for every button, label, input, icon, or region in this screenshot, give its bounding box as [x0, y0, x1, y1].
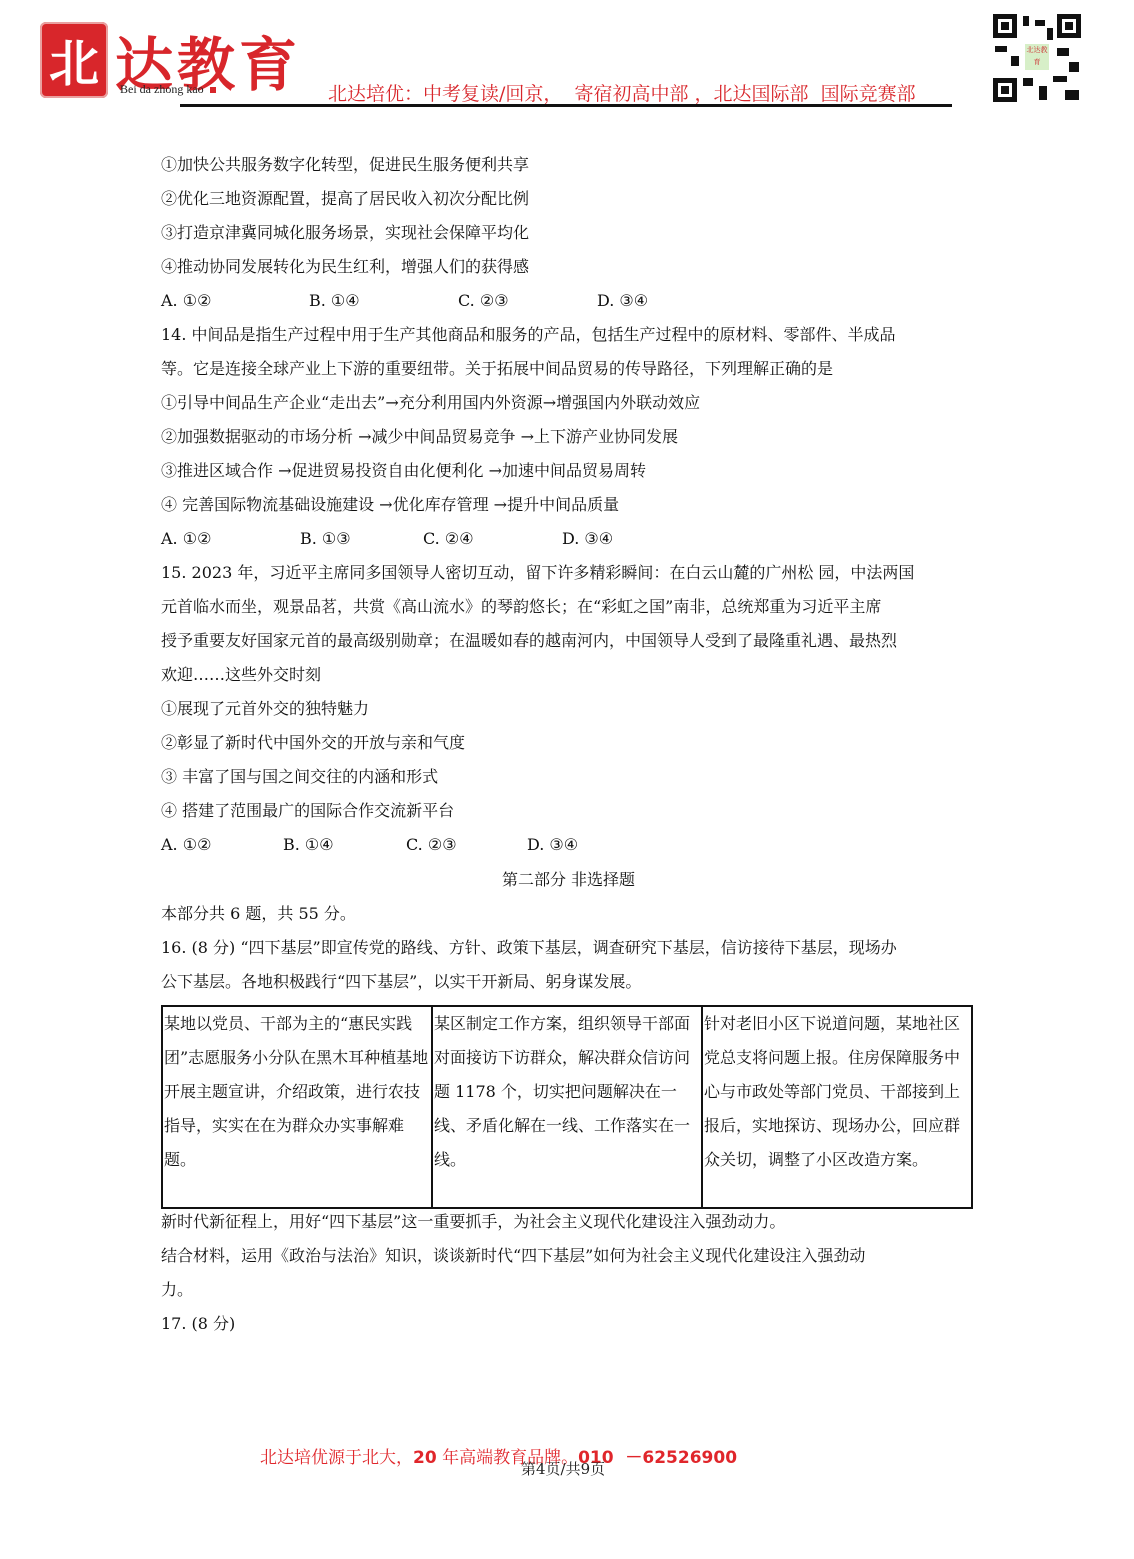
q16-prompt: 结合材料，运用《政治与法治》知识，谈谈新时代“四下基层”如何为社会主义现代化建设…	[161, 1246, 865, 1266]
choice-a: A. ①②	[161, 529, 211, 548]
q14-statement: ③推进区域合作 →促进贸易投资自由化便利化 →加速中间品贸易周转	[161, 461, 646, 481]
q14-stem: 等。它是连接全球产业上下游的重要纽带。关于拓展中间品贸易的传导路径，下列理解正确…	[161, 359, 833, 379]
q14-statement: ④ 完善国际物流基础设施建设 →优化库存管理 →提升中间品质量	[161, 495, 619, 515]
logo-square-icon	[210, 87, 216, 93]
q13-statement: ②优化三地资源配置，提高了居民收入初次分配比例	[161, 189, 529, 209]
choice-b: B. ①④	[309, 291, 360, 310]
q15-stem: 欢迎……这些外交时刻	[161, 665, 321, 685]
choice-d: D. ③④	[562, 529, 613, 548]
page-indicator: 第4页/共9页	[521, 1458, 605, 1479]
table-row: 某地以党员、干部为主的“惠民实践团”志愿服务小分队在黑木耳种植基地开展主题宣讲，…	[162, 1006, 972, 1208]
q17-stem: 17. (8 分)	[161, 1314, 235, 1334]
q16-prompt: 力。	[161, 1280, 193, 1300]
q13-statement: ①加快公共服务数字化转型，促进民生服务便利共享	[161, 155, 529, 175]
choice-d: D. ③④	[597, 291, 648, 310]
qr-code-icon: 北达教育	[993, 14, 1081, 102]
header-slogan: 北达培优：中考复读/回京， 寄宿初高中部 ，北达国际部 国际竞赛部	[328, 79, 916, 106]
section-intro: 本部分共 6 题，共 55 分。	[161, 904, 356, 924]
logo-subtitle: Bei da zhong kao	[120, 82, 216, 97]
q16-stem: 16. (8 分) “四下基层”即宣传党的路线、方针、政策下基层，调查研究下基层…	[161, 938, 897, 958]
choice-c: C. ②③	[406, 835, 457, 854]
table-cell: 某地以党员、干部为主的“惠民实践团”志愿服务小分队在黑木耳种植基地开展主题宣讲，…	[162, 1006, 432, 1208]
choice-a: A. ①②	[161, 835, 211, 854]
choice-b: B. ①③	[300, 529, 351, 548]
q13-statement: ④推动协同发展转化为民生红利，增强人们的获得感	[161, 257, 529, 277]
logo-subtitle-text: Bei da zhong kao	[120, 82, 204, 96]
footer-advert: 北达培优源于北大，20 年高端教育品牌。010 －62526900	[260, 1443, 737, 1468]
footer-ad-text: 北达培优源于北大，	[260, 1448, 413, 1468]
header-divider	[180, 104, 952, 107]
q16-prompt: 新时代新征程上，用好“四下基层”这一重要抓手，为社会主义现代化建设注入强劲动力。	[161, 1212, 785, 1232]
footer-ad-years: 20	[413, 1448, 437, 1468]
table-cell: 针对老旧小区下说道问题，某地社区党总支将问题上报。住房保障服务中心与市政处等部门…	[702, 1006, 972, 1208]
q14-stem: 14. 中间品是指生产过程中用于生产其他商品和服务的产品，包括生产过程中的原材料…	[161, 325, 896, 345]
choice-c: C. ②④	[423, 529, 474, 548]
q14-statement: ①引导中间品生产企业“走出去”→充分利用国内外资源→增强国内外联动效应	[161, 393, 700, 413]
logo-mark: 北	[40, 22, 108, 98]
section-title: 第二部分 非选择题	[161, 870, 976, 890]
q16-stem: 公下基层。各地积极践行“四下基层”，以实干开新局、躬身谋发展。	[161, 972, 641, 992]
q15-stem: 授予重要友好国家元首的最高级别勋章；在温暖如春的越南河内，中国领导人受到了最隆重…	[161, 631, 897, 651]
q15-stem: 元首临水而坐，观景品茗，共赏《高山流水》的琴韵悠长；在“彩虹之国”南非，总统郑重…	[161, 597, 881, 617]
choice-d: D. ③④	[527, 835, 578, 854]
qr-center-label: 北达教育	[1025, 44, 1049, 70]
q15-stem: 15. 2023 年，习近平主席同多国领导人密切互动，留下许多精彩瞬间：在白云山…	[161, 563, 914, 583]
choice-a: A. ①②	[161, 291, 211, 310]
q15-statement: ①展现了元首外交的独特魅力	[161, 699, 369, 719]
q15-statement: ③ 丰富了国与国之间交往的内涵和形式	[161, 767, 438, 787]
q13-statement: ③打造京津冀同城化服务场景，实现社会保障平均化	[161, 223, 529, 243]
logo-char: 北	[49, 24, 99, 96]
q15-statement: ②彰显了新时代中国外交的开放与亲和气度	[161, 733, 465, 753]
q15-statement: ④ 搭建了范围最广的国际合作交流新平台	[161, 801, 454, 821]
choice-c: C. ②③	[458, 291, 509, 310]
q16-material-table: 某地以党员、干部为主的“惠民实践团”志愿服务小分队在黑木耳种植基地开展主题宣讲，…	[161, 1005, 973, 1209]
choice-b: B. ①④	[283, 835, 334, 854]
table-cell: 某区制定工作方案，组织领导干部面对面接访下访群众，解决群众信访问题 1178 个…	[432, 1006, 702, 1208]
q14-statement: ②加强数据驱动的市场分析 →减少中间品贸易竞争 →上下游产业协同发展	[161, 427, 678, 447]
